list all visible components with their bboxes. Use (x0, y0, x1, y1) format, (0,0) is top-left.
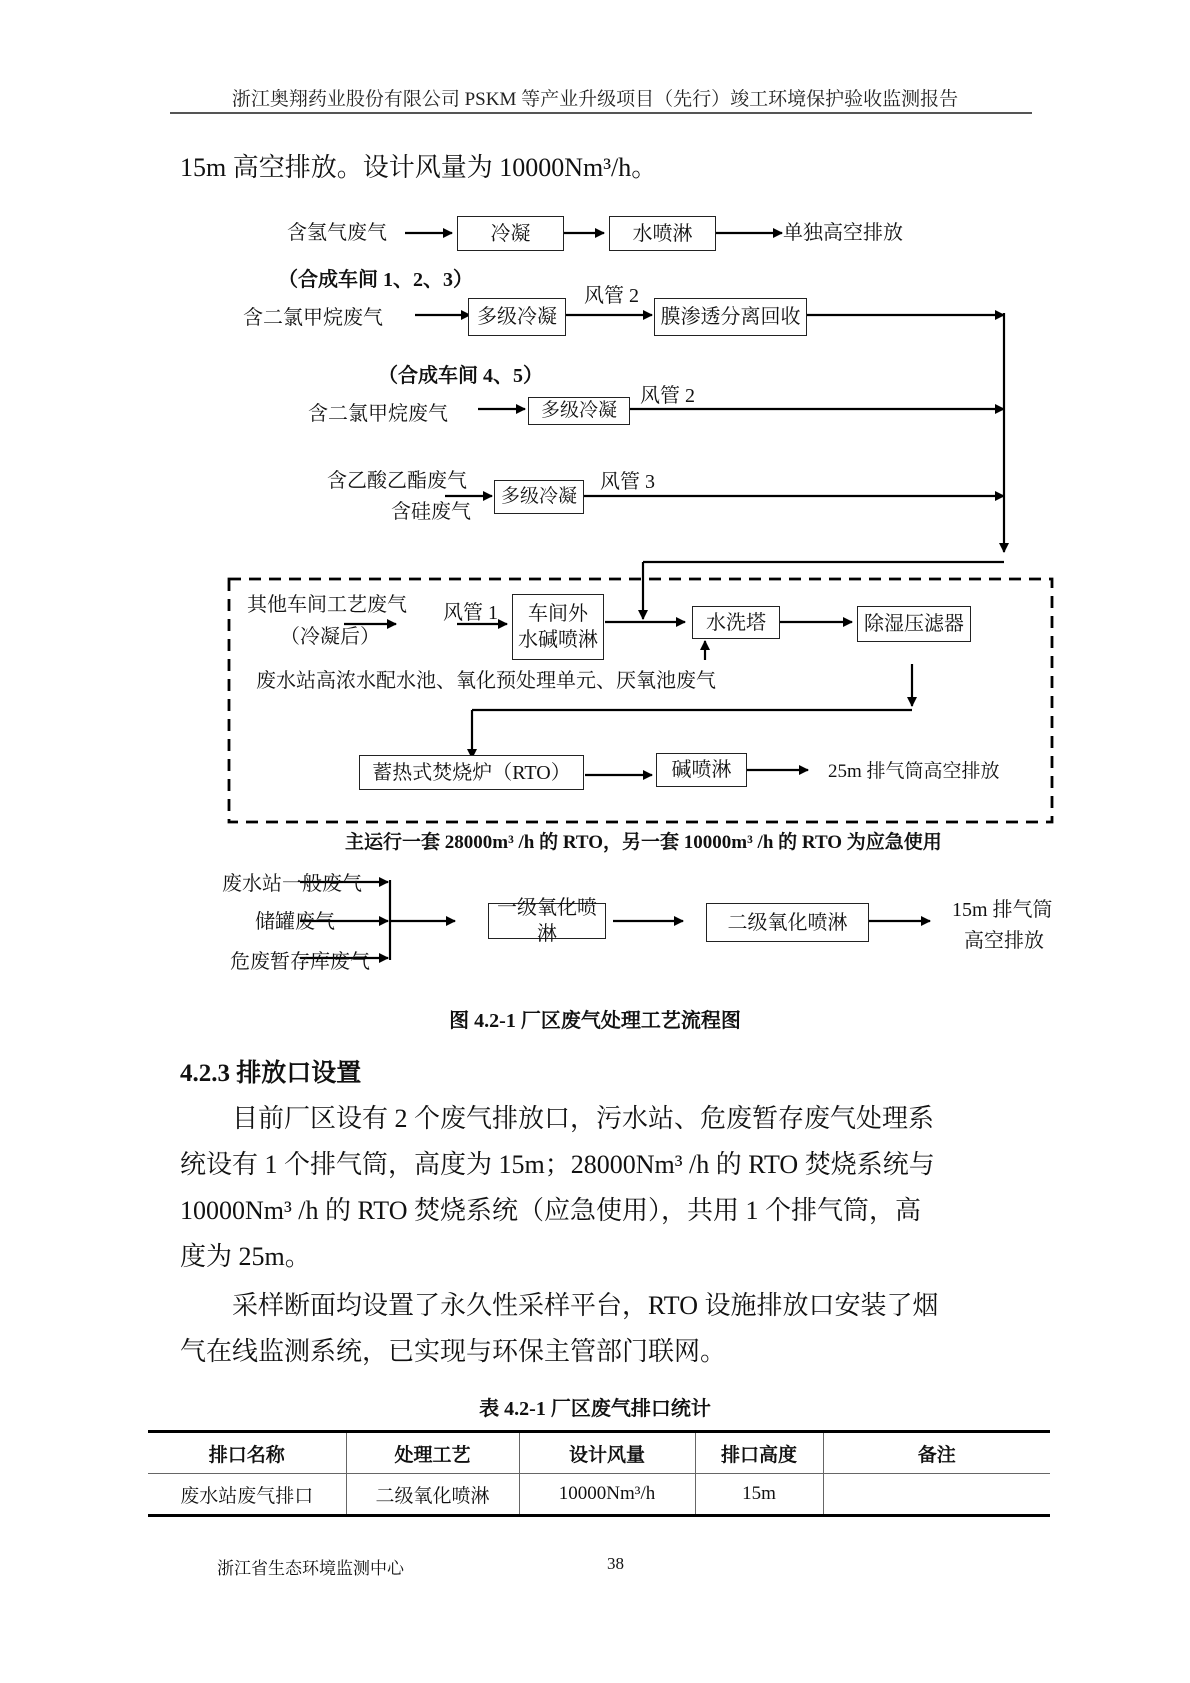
group2-duct-label: 风管 2 (640, 384, 695, 408)
paragraph-1-line: 度为 25m。 (180, 1234, 935, 1280)
group2-source: 含二氯甲烷废气 (308, 402, 448, 426)
box-outdoor-alkali-spray-line1: 车间外 (528, 601, 588, 627)
table-header-row: 排口名称 处理工艺 设计风量 排口高度 备注 (148, 1432, 1050, 1474)
box-primary-oxidation-spray: 一级氧化喷淋 (488, 903, 606, 939)
col-outlet-name: 排口名称 (148, 1432, 346, 1474)
paragraph-2-line: 气在线监测系统，已实现与环保主管部门联网。 (180, 1329, 938, 1375)
table-caption: 表 4.2-1 厂区废气排口统计 (0, 1392, 1190, 1421)
duct1-label: 风管 1 (443, 601, 498, 625)
other-workshop-source: 其他车间工艺废气 (247, 593, 407, 617)
box-secondary-oxidation-spray: 二级氧化喷淋 (706, 903, 869, 942)
output-separate-high-discharge: 单独高空排放 (783, 221, 903, 245)
group3-box-multistage-condensation: 多级冷凝 (494, 480, 584, 514)
group1-title: （合成车间 1、2、3） (278, 268, 473, 292)
paragraph-1-line: 统设有 1 个排气筒，高度为 15m；28000Nm³ /h 的 RTO 焚烧系… (180, 1142, 935, 1188)
wastewater-sources-label: 废水站高浓水配水池、氧化预处理单元、厌氧池废气 (256, 669, 716, 693)
group1-source: 含二氯甲烷废气 (243, 306, 383, 330)
col-design-airflow: 设计风量 (519, 1432, 695, 1474)
cell-design-airflow: 10000Nm³/h (519, 1474, 695, 1516)
box-alkali-spray: 碱喷淋 (656, 753, 747, 787)
output-25m-stack: 25m 排气筒高空排放 (828, 760, 1000, 784)
col-remarks: 备注 (823, 1432, 1050, 1474)
group1-box-multistage-condensation: 多级冷凝 (468, 298, 566, 336)
box-outdoor-alkali-spray: 车间外 水碱喷淋 (512, 594, 604, 660)
group3-duct-label: 风管 3 (600, 470, 655, 494)
source-hydrogen-waste-gas: 含氢气废气 (287, 221, 387, 245)
group1-duct-label: 风管 2 (584, 284, 639, 308)
box-dehumidify-filter: 除湿压滤器 (857, 606, 971, 642)
cell-treatment-process: 二级氧化喷淋 (346, 1474, 519, 1516)
group3-source-silicon: 含硅废气 (391, 500, 471, 524)
bottom-output-line2: 高空排放 (964, 929, 1044, 953)
table-row: 废水站废气排口 二级氧化喷淋 10000Nm³/h 15m (148, 1474, 1050, 1516)
bottom-source-hazardous-storage: 危废暂存库废气 (230, 950, 370, 974)
paragraph-1: 目前厂区设有 2 个废气排放口，污水站、危废暂存废气处理系 统设有 1 个排气筒… (180, 1096, 935, 1280)
cell-remarks (823, 1474, 1050, 1516)
bottom-source-storage-tank: 储罐废气 (255, 910, 335, 934)
box-water-wash-tower: 水洗塔 (692, 606, 780, 639)
col-treatment-process: 处理工艺 (346, 1432, 519, 1474)
paragraph-1-line: 目前厂区设有 2 个废气排放口，污水站、危废暂存废气处理系 (180, 1096, 935, 1142)
rto-operation-note: 主运行一套 28000m³ /h 的 RTO，另一套 10000m³ /h 的 … (345, 831, 942, 855)
other-workshop-source-note: （冷凝后） (280, 625, 380, 649)
footer-organization: 浙江省生态环境监测中心 (217, 1554, 404, 1579)
cell-outlet-height: 15m (695, 1474, 823, 1516)
emission-outlet-table: 排口名称 处理工艺 设计风量 排口高度 备注 废水站废气排口 二级氧化喷淋 10… (148, 1430, 1050, 1517)
box-rto: 蓄热式焚烧炉（RTO） (359, 755, 584, 790)
paragraph-2: 采样断面均设置了永久性采样平台，RTO 设施排放口安装了烟 气在线监测系统，已实… (180, 1283, 938, 1375)
group3-source-ethyl-acetate: 含乙酸乙酯废气 (327, 469, 467, 493)
box-condensation: 冷凝 (457, 216, 564, 251)
group1-box-membrane-recovery: 膜渗透分离回收 (654, 298, 807, 336)
paragraph-1-line: 10000Nm³ /h 的 RTO 焚烧系统（应急使用），共用 1 个排气筒，高 (180, 1188, 935, 1234)
group2-box-multistage-condensation: 多级冷凝 (528, 397, 630, 425)
box-water-spray: 水喷淋 (609, 216, 716, 251)
bottom-output-line1: 15m 排气筒 (952, 898, 1053, 922)
cell-outlet-name: 废水站废气排口 (148, 1474, 346, 1516)
paragraph-2-line: 采样断面均设置了永久性采样平台，RTO 设施排放口安装了烟 (180, 1283, 938, 1329)
figure-caption: 图 4.2-1 厂区废气处理工艺流程图 (0, 1004, 1190, 1033)
group2-title: （合成车间 4、5） (378, 364, 543, 388)
bottom-source-wastewater-general: 废水站一般废气 (222, 872, 362, 896)
box-outdoor-alkali-spray-line2: 水碱喷淋 (518, 627, 598, 653)
col-outlet-height: 排口高度 (695, 1432, 823, 1474)
section-heading: 4.2.3 排放口设置 (180, 1053, 361, 1089)
page-number: 38 (607, 1554, 624, 1574)
